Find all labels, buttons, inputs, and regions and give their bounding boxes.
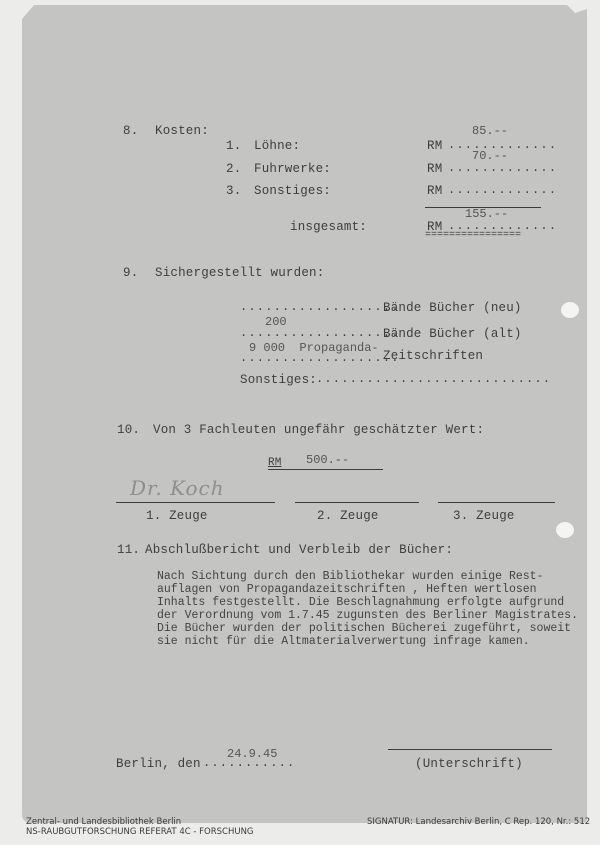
section8-title: Kosten: (155, 124, 209, 138)
dotted-field: ................... (240, 326, 400, 340)
report-line: Die Bücher wurden der politischen Bücher… (157, 622, 578, 635)
punch-hole (561, 302, 579, 318)
other-label: Sonstiges: (240, 373, 317, 387)
section9-number: 9. (123, 266, 138, 280)
cost-item-currency: RM (427, 139, 442, 153)
report-line: der Verordnung vom 1.7.45 zugunsten des … (157, 609, 578, 622)
secured-label: Bände Bücher (alt) (383, 327, 522, 341)
section11-title: Abschlußbericht und Verbleib der Bücher: (145, 543, 453, 557)
final-report-text: Nach Sichtung durch den Bibliothekar wur… (157, 570, 578, 648)
witness-label: 1. Zeuge (146, 509, 208, 523)
dotted-field: ................... (240, 351, 400, 365)
secured-label: Bände Bücher (neu) (383, 301, 522, 315)
section8-number: 8. (123, 124, 138, 138)
dotted-field: ............. (448, 183, 557, 197)
section9-title: Sichergestellt wurden: (155, 266, 324, 280)
cost-item-num: 3. (226, 184, 241, 198)
section10-number: 10. (117, 423, 140, 437)
signature-line (388, 749, 552, 750)
cost-item-currency: RM (427, 162, 442, 176)
signature-line (116, 502, 275, 503)
signature-line (295, 502, 419, 503)
section11-number: 11. (117, 543, 140, 557)
cost-item-num: 1. (226, 139, 241, 153)
cost-item-num: 2. (226, 162, 241, 176)
cost-item-label: Fuhrwerke: (254, 162, 331, 176)
witness-label: 3. Zeuge (453, 509, 515, 523)
cost-item-value: 85.-- (472, 124, 508, 138)
secured-label: Zeitschriften (383, 349, 483, 363)
cost-item-label: Löhne: (254, 139, 300, 153)
value-currency: RM (268, 457, 282, 469)
dotted-field: ............. (448, 161, 557, 175)
dotted-field: ................... (240, 300, 400, 314)
signature-line (438, 502, 555, 503)
report-line: sie nicht für die Altmaterialverwertung … (157, 635, 578, 648)
cost-item-currency: RM (427, 184, 442, 198)
total-label: insgesamt: (290, 220, 367, 234)
dotted-field: ........... (203, 756, 295, 770)
section10-title: Von 3 Fachleuten ungefähr geschätzter We… (153, 423, 484, 437)
double-underline: ================ (425, 230, 521, 241)
signature-label: (Unterschrift) (415, 757, 523, 771)
cost-item-label: Sonstiges: (254, 184, 331, 198)
witness-label: 2. Zeuge (317, 509, 379, 523)
footer-department: NS-RAUBGUTFORSCHUNG REFERAT 4C - FORSCHU… (26, 827, 254, 837)
place-label: Berlin, den (116, 757, 201, 771)
report-line: Inhalts festgestellt. Die Beschlagnahmun… (157, 596, 578, 609)
witness-signature: Dr. Koch (130, 476, 225, 500)
dotted-field: ............................ (316, 372, 551, 386)
report-line: auflagen von Propagandazeitschriften , H… (157, 583, 578, 596)
report-line: Nach Sichtung durch den Bibliothekar wur… (157, 570, 578, 583)
value-amount: 500.-- (306, 453, 349, 467)
footer-library: Zentral- und Landesbibliothek Berlin (26, 817, 181, 827)
punch-hole (556, 522, 574, 538)
value-line (268, 469, 383, 470)
footer-signature-ref: SIGNATUR: Landesarchiv Berlin, C Rep. 12… (367, 817, 590, 827)
